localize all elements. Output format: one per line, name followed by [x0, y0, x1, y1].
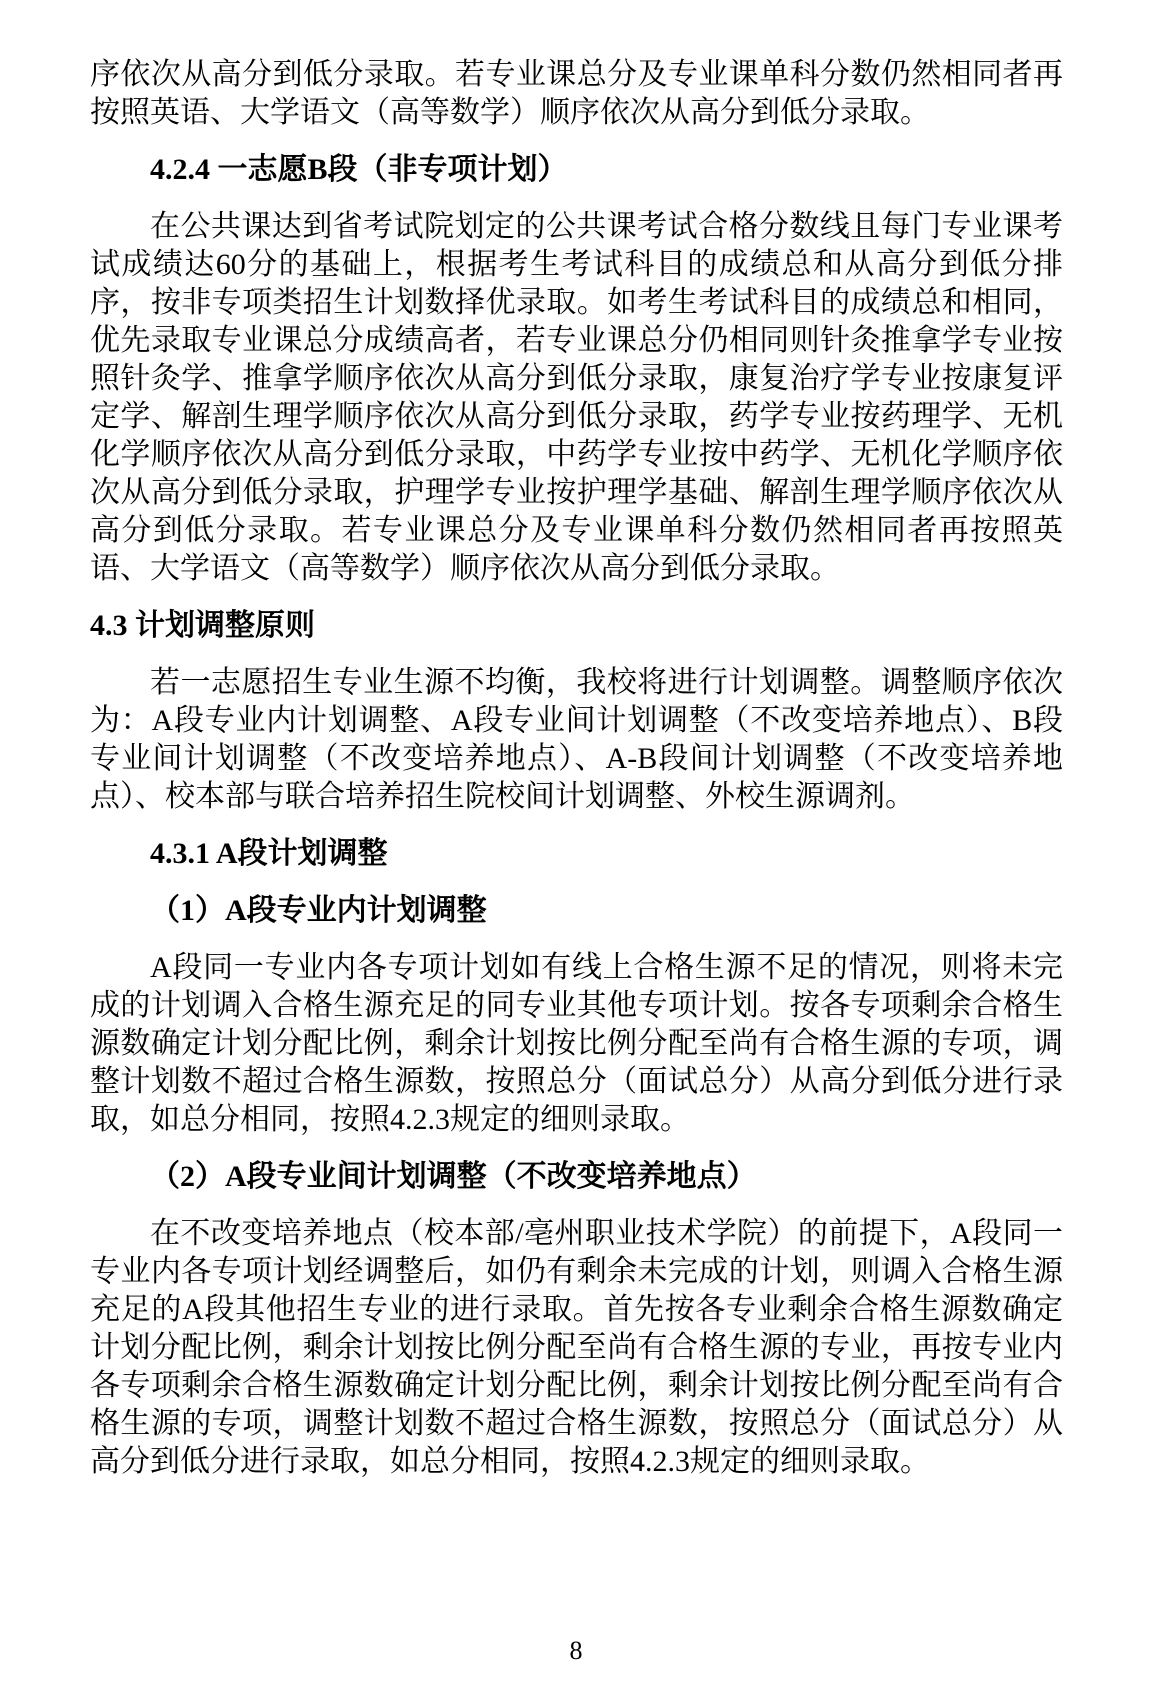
paragraph-4-3-1-item-1-body: A段同一专业内各专项计划如有线上合格生源不足的情况，则将未完成的计划调入合格生源…	[90, 949, 1063, 1139]
subheading-4-3-1-item-1: （1）A段专业内计划调整	[90, 892, 1063, 930]
document-page: 序依次从高分到低分录取。若专业课总分及专业课单科分数仍然相同者再按照英语、大学语…	[0, 0, 1152, 1682]
heading-4-3: 4.3 计划调整原则	[90, 607, 1063, 645]
paragraph-4-2-4-body: 在公共课达到省考试院划定的公共课考试合格分数线且每门专业课考试成绩达60分的基础…	[90, 208, 1063, 588]
subheading-4-3-1-item-2: （2）A段专业间计划调整（不改变培养地点）	[90, 1158, 1063, 1196]
heading-4-2-4: 4.2.4 一志愿B段（非专项计划）	[90, 151, 1063, 189]
paragraph-4-3-1-item-2-body: 在不改变培养地点（校本部/亳州职业技术学院）的前提下，A段同一专业内各专项计划经…	[90, 1215, 1063, 1481]
paragraph-4-3-body: 若一志愿招生专业生源不均衡，我校将进行计划调整。调整顺序依次为：A段专业内计划调…	[90, 664, 1063, 816]
page-number: 8	[0, 1636, 1152, 1666]
paragraph-continued-from-previous-page: 序依次从高分到低分录取。若专业课总分及专业课单科分数仍然相同者再按照英语、大学语…	[90, 56, 1063, 132]
heading-4-3-1: 4.3.1 A段计划调整	[90, 835, 1063, 873]
